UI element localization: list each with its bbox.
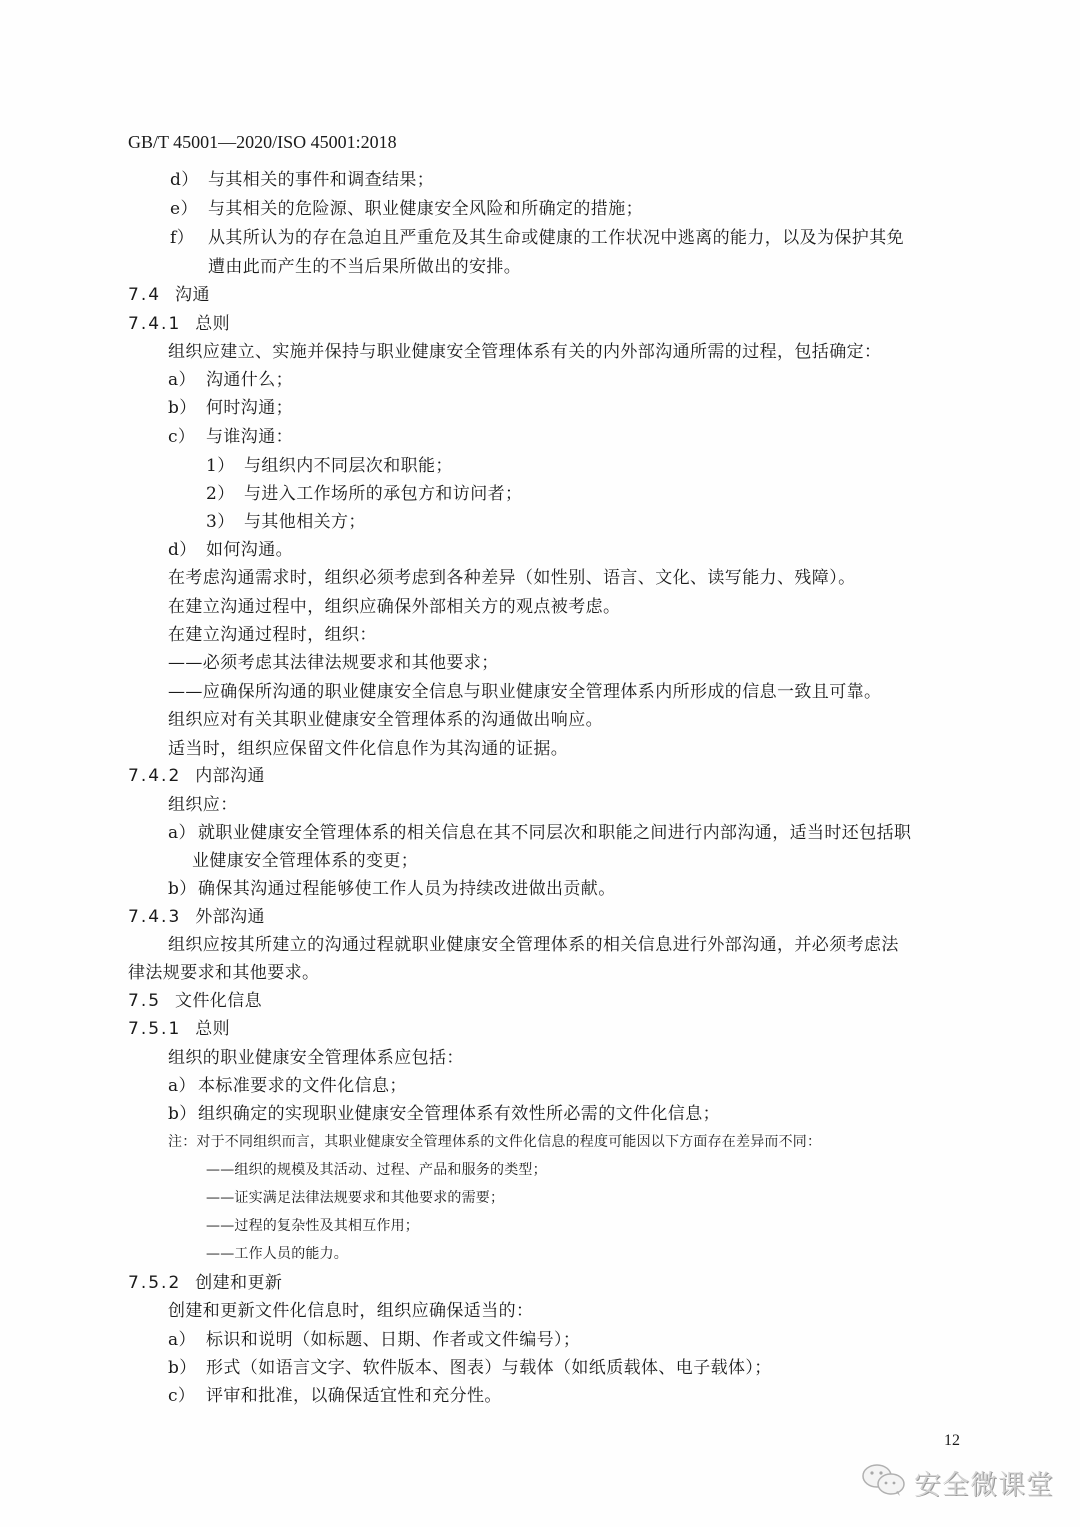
list-marker: d） xyxy=(168,538,206,562)
list-marker: 3） xyxy=(206,510,244,534)
list-marker: e） xyxy=(170,197,208,221)
dash-item: ——应确保所沟通的职业健康安全信息与职业健康安全管理体系内所形成的信息一致且可靠… xyxy=(168,680,881,704)
paragraph: 在考虑沟通需求时，组织必须考虑到各种差异（如性别、语言、文化、读写能力、残障）。 xyxy=(168,566,856,590)
section-heading-7-4-3: 7.4.3外部沟通 xyxy=(128,905,265,929)
list-marker: b） xyxy=(168,1356,206,1380)
list-text: 与组织内不同层次和职能； xyxy=(244,456,453,476)
list-item: a）就职业健康安全管理体系的相关信息在其不同层次和职能之间进行内部沟通，适当时还… xyxy=(168,821,911,845)
list-marker: b） xyxy=(168,396,206,420)
paragraph: 组织应： xyxy=(168,793,238,817)
section-heading-7-5-2: 7.5.2创建和更新 xyxy=(128,1271,282,1295)
section-number: 7.4.2 xyxy=(128,764,181,788)
list-item: a）标识和说明（如标题、日期、作者或文件编号）； xyxy=(168,1328,580,1352)
section-title: 沟通 xyxy=(175,285,210,305)
list-item: b）组织确定的实现职业健康安全管理体系有效性所必需的文件化信息； xyxy=(168,1102,720,1126)
wechat-icon xyxy=(860,1462,908,1502)
list-item: c）与谁沟通： xyxy=(168,425,293,449)
list-item: d）如何沟通。 xyxy=(168,538,293,562)
list-text: 标识和说明（如标题、日期、作者或文件编号）； xyxy=(206,1330,580,1350)
list-item: b）形式（如语言文字、软件版本、图表）与载体（如纸质载体、电子载体）； xyxy=(168,1356,772,1380)
section-heading-7-4-2: 7.4.2内部沟通 xyxy=(128,764,265,788)
sub-list-item: 2）与进入工作场所的承包方和访问者； xyxy=(206,482,522,506)
list-marker: c） xyxy=(168,1384,206,1408)
list-text: 确保其沟通过程能够使工作人员为持续改进做出贡献。 xyxy=(198,879,616,899)
list-item-continued: 业健康安全管理体系的变更； xyxy=(192,849,418,873)
list-marker: a） xyxy=(168,821,198,845)
section-number: 7.4.1 xyxy=(128,312,181,336)
list-text: 本标准要求的文件化信息； xyxy=(198,1076,407,1096)
page-number: 12 xyxy=(944,1432,960,1450)
list-item-f-continued: 遭由此而产生的不当后果所做出的安排。 xyxy=(208,255,521,279)
list-marker: c） xyxy=(168,425,206,449)
list-text: 与其相关的危险源、职业健康安全风险和所确定的措施； xyxy=(208,199,643,219)
section-heading-7-4-1: 7.4.1总则 xyxy=(128,312,230,336)
paragraph: 创建和更新文件化信息时，组织应确保适当的： xyxy=(168,1299,533,1323)
section-heading-7-5-1: 7.5.1总则 xyxy=(128,1017,230,1041)
paragraph: 组织的职业健康安全管理体系应包括： xyxy=(168,1046,464,1070)
list-text: 与进入工作场所的承包方和访问者； xyxy=(244,484,522,504)
list-text: 何时沟通； xyxy=(206,398,293,418)
section-title: 总则 xyxy=(195,314,230,334)
list-text: 评审和批准，以确保适宜性和充分性。 xyxy=(206,1386,502,1406)
section-heading-7-5: 7.5文件化信息 xyxy=(128,989,262,1013)
list-marker: d） xyxy=(170,168,208,192)
note-item: ——证实满足法律法规要求和其他要求的需要； xyxy=(206,1186,504,1210)
paragraph: 在建立沟通过程时，组织： xyxy=(168,623,377,647)
sub-list-item: 1）与组织内不同层次和职能； xyxy=(206,454,453,478)
paragraph: 在建立沟通过程中，组织应确保外部相关方的观点被考虑。 xyxy=(168,595,620,619)
watermark: 安全微课堂 xyxy=(860,1462,1054,1502)
paragraph: 组织应对有关其职业健康安全管理体系的沟通做出响应。 xyxy=(168,708,603,732)
paragraph: 适当时，组织应保留文件化信息作为其沟通的证据。 xyxy=(168,737,568,761)
section-heading-7-4: 7.4沟通 xyxy=(128,283,210,307)
dash-item: ——必须考虑其法律法规要求和其他要求； xyxy=(168,651,499,675)
standard-header: GB/T 45001—2020/ISO 45001:2018 xyxy=(128,130,397,154)
list-marker: a） xyxy=(168,368,206,392)
watermark-text: 安全微课堂 xyxy=(914,1463,1054,1502)
section-number: 7.5.2 xyxy=(128,1271,181,1295)
list-item-e: e）与其相关的危险源、职业健康安全风险和所确定的措施； xyxy=(170,197,643,221)
list-marker: 1） xyxy=(206,454,244,478)
section-number: 7.4 xyxy=(128,283,161,307)
paragraph: 组织应建立、实施并保持与职业健康安全管理体系有关的内外部沟通所需的过程，包括确定… xyxy=(168,340,881,364)
note-item: ——组织的规模及其活动、过程、产品和服务的类型； xyxy=(206,1158,547,1182)
list-marker: 2） xyxy=(206,482,244,506)
list-item-f: f）从其所认为的存在急迫且严重危及其生命或健康的工作状况中逃离的能力，以及为保护… xyxy=(170,226,904,250)
document-page: GB/T 45001—2020/ISO 45001:2018 d）与其相关的事件… xyxy=(0,0,1080,1527)
list-text: 如何沟通。 xyxy=(206,540,293,560)
list-text: 组织确定的实现职业健康安全管理体系有效性所必需的文件化信息； xyxy=(198,1104,720,1124)
list-item: b）确保其沟通过程能够使工作人员为持续改进做出贡献。 xyxy=(168,877,616,901)
section-number: 7.5.1 xyxy=(128,1017,181,1041)
section-number: 7.5 xyxy=(128,989,161,1013)
list-text: 与谁沟通： xyxy=(206,427,293,447)
list-marker: b） xyxy=(168,877,198,901)
section-title: 文件化信息 xyxy=(175,991,262,1011)
list-text: 就职业健康安全管理体系的相关信息在其不同层次和职能之间进行内部沟通，适当时还包括… xyxy=(198,823,911,843)
section-title: 总则 xyxy=(195,1019,230,1039)
section-title: 创建和更新 xyxy=(195,1273,282,1293)
section-title: 外部沟通 xyxy=(195,907,265,927)
note-item: ——过程的复杂性及其相互作用； xyxy=(206,1214,419,1238)
list-item: a）沟通什么； xyxy=(168,368,293,392)
note-item: ——工作人员的能力。 xyxy=(206,1242,348,1266)
list-text: 与其相关的事件和调查结果； xyxy=(208,170,434,190)
note: 注：对于不同组织而言，其职业健康安全管理体系的文件化信息的程度可能因以下方面存在… xyxy=(168,1130,821,1154)
list-text: 沟通什么； xyxy=(206,370,293,390)
list-marker: b） xyxy=(168,1102,198,1126)
list-item: a）本标准要求的文件化信息； xyxy=(168,1074,407,1098)
list-marker: a） xyxy=(168,1328,206,1352)
list-marker: f） xyxy=(170,226,208,250)
list-item: c）评审和批准，以确保适宜性和充分性。 xyxy=(168,1384,502,1408)
list-text: 形式（如语言文字、软件版本、图表）与载体（如纸质载体、电子载体）； xyxy=(206,1358,772,1378)
list-text: 从其所认为的存在急迫且严重危及其生命或健康的工作状况中逃离的能力，以及为保护其免 xyxy=(208,228,904,248)
paragraph-continued: 律法规要求和其他要求。 xyxy=(128,961,319,985)
section-title: 内部沟通 xyxy=(195,766,265,786)
list-text: 与其他相关方； xyxy=(244,512,366,532)
list-item-d: d）与其相关的事件和调查结果； xyxy=(170,168,434,192)
list-item: b）何时沟通； xyxy=(168,396,293,420)
section-number: 7.4.3 xyxy=(128,905,181,929)
list-marker: a） xyxy=(168,1074,198,1098)
paragraph: 组织应按其所建立的沟通过程就职业健康安全管理体系的相关信息进行外部沟通，并必须考… xyxy=(168,933,899,957)
sub-list-item: 3）与其他相关方； xyxy=(206,510,366,534)
